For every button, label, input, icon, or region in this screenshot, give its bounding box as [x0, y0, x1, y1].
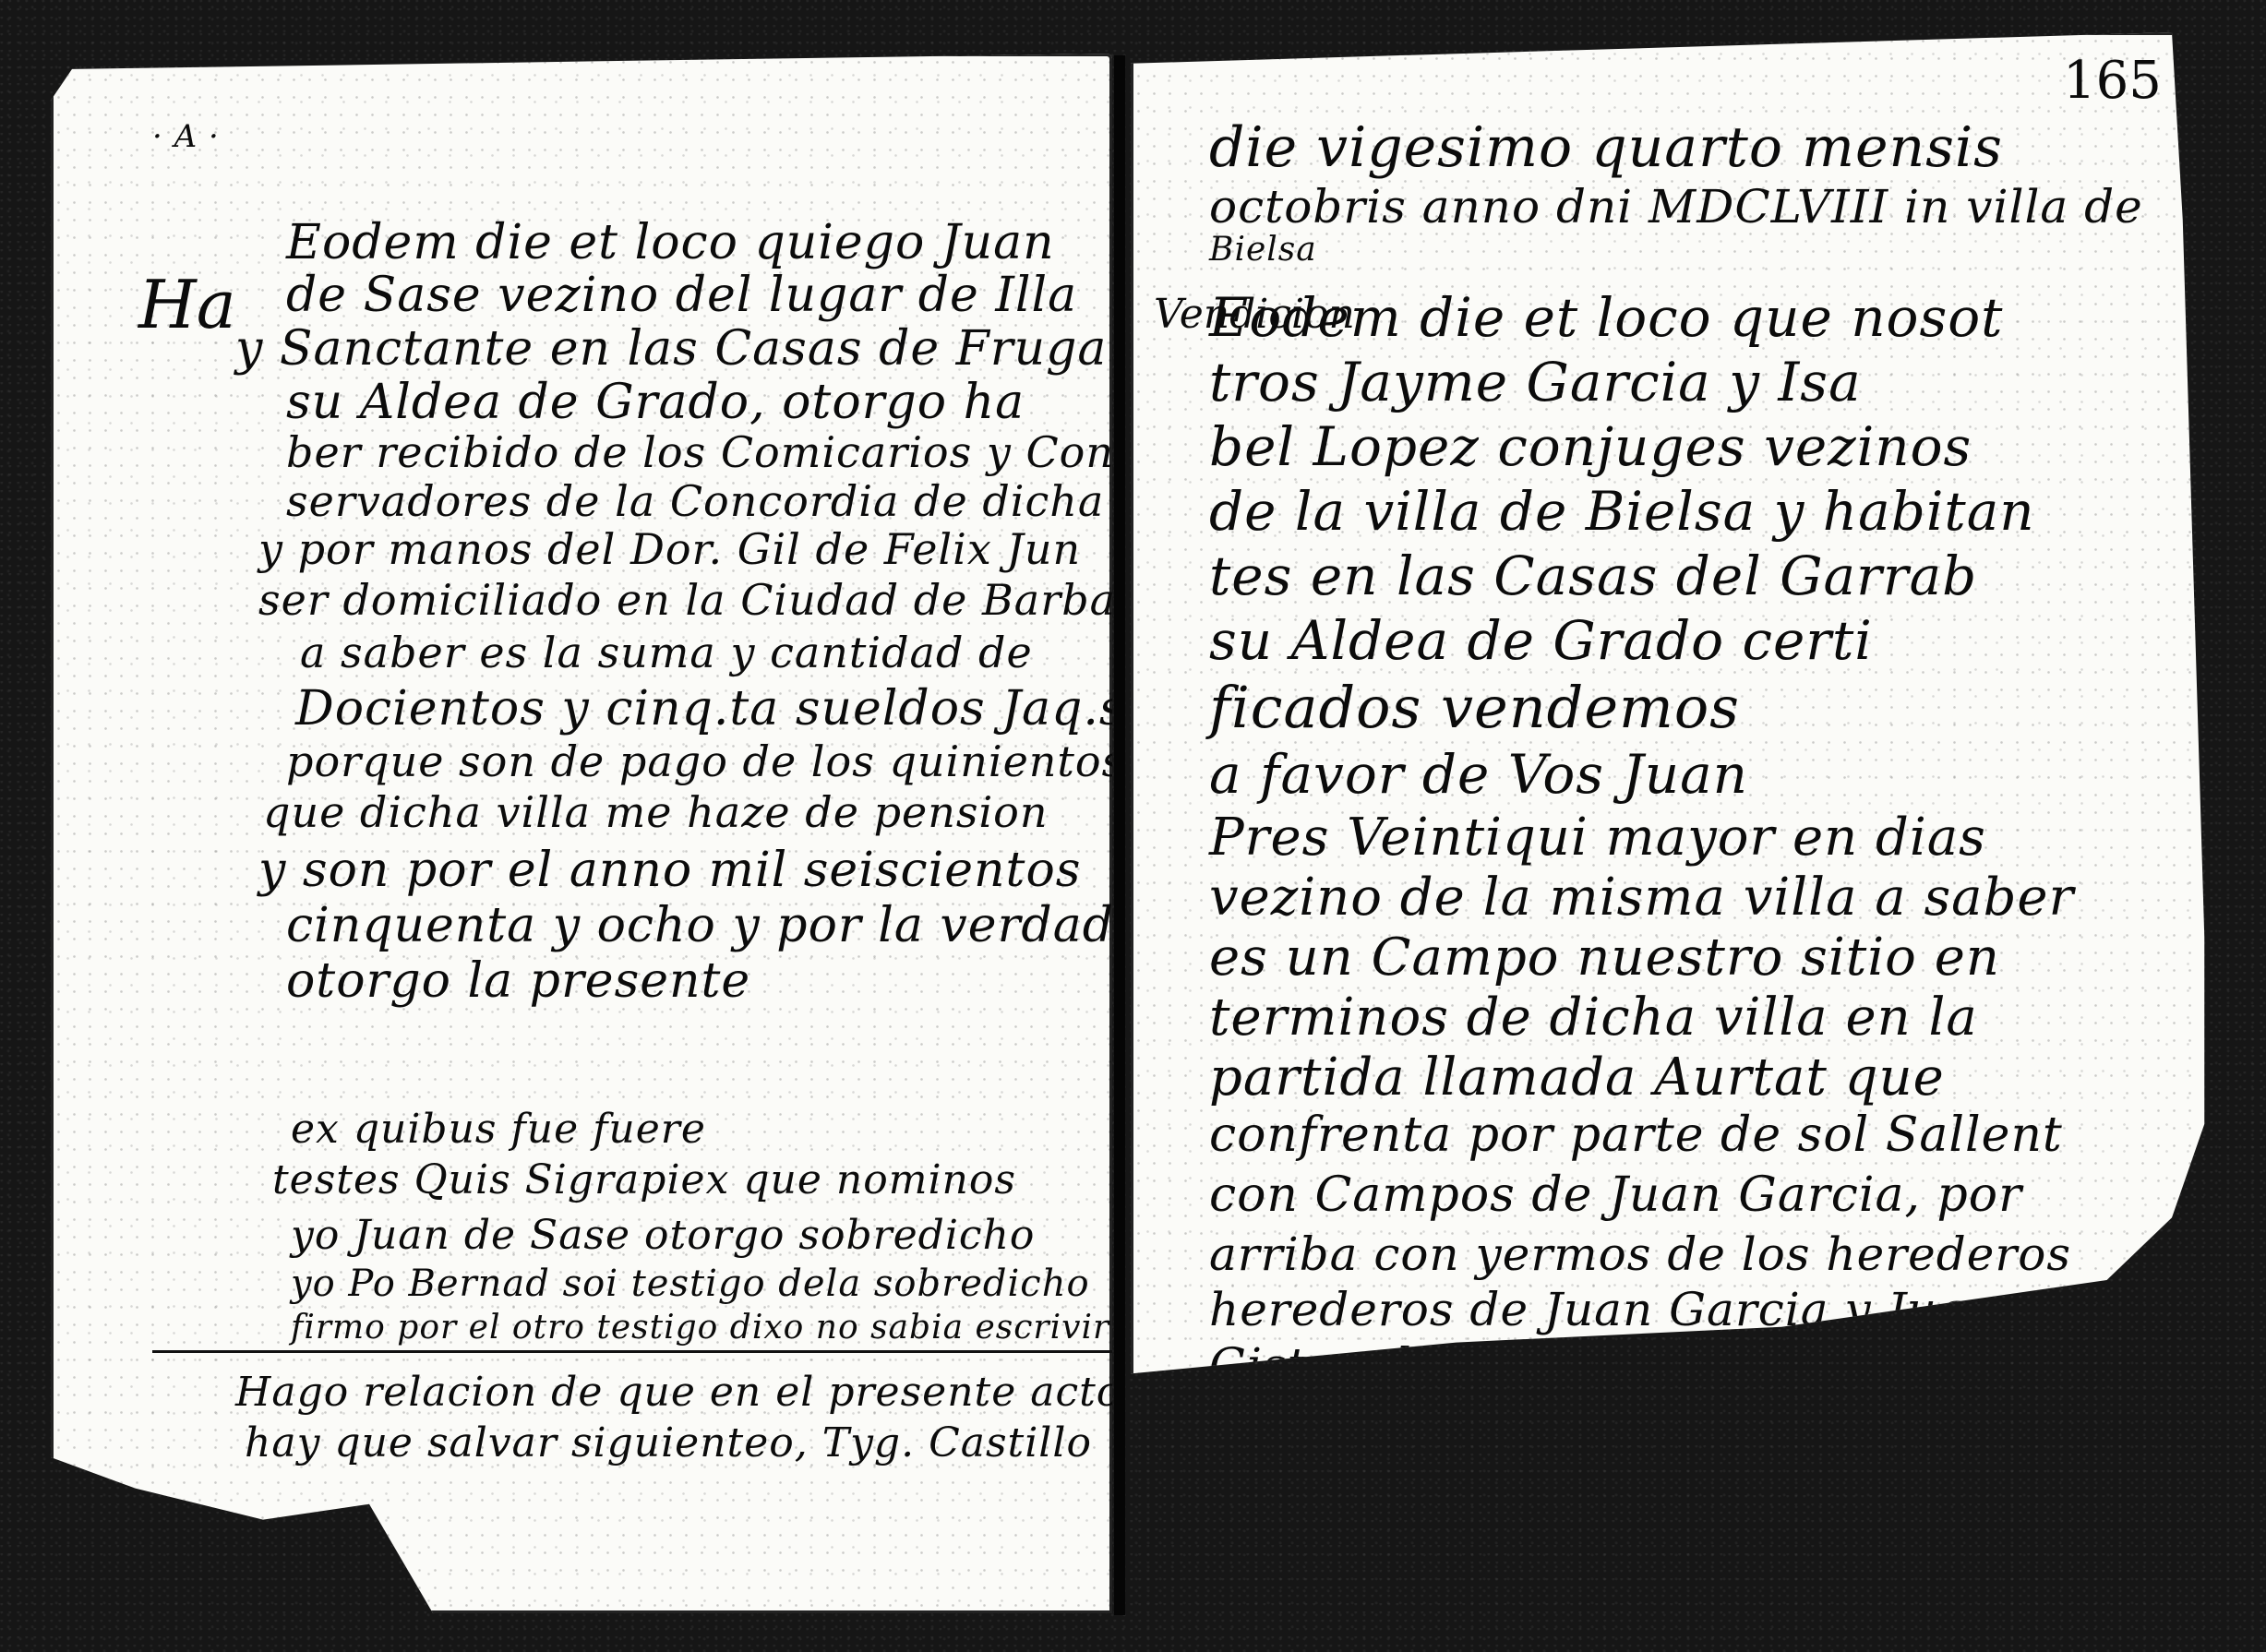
text-line: de Sase vezino del lugar de Illa — [286, 268, 1077, 323]
text-line: cinquenta y ocho y por la verdad — [286, 898, 1114, 953]
text-line: Eodem die et loco que nosot — [1209, 286, 2003, 349]
text-line: y por manos del Dor. Gil de Felix Jun — [258, 524, 1081, 574]
text-line: terminos de dicha villa en la — [1209, 988, 1978, 1047]
text-line: tes en las Casas del Garrab — [1209, 545, 1977, 607]
text-line: y Sanctante en las Casas de Fruga — [235, 321, 1107, 377]
text-line: es un Campo nuestro sitio en — [1209, 928, 2000, 988]
footer-line: Hago relacion de que en el presente acto — [235, 1369, 1121, 1416]
text-line: Docientos y cinq.ta sueldos Jaq.s — [295, 681, 1125, 736]
text-line: ser domiciliado en la Ciudad de Barbastr… — [258, 575, 1205, 625]
text-line: vezino de la misma villa a saber — [1209, 868, 2074, 928]
divider-rule — [152, 1350, 1112, 1353]
witness-line: firmo por el otro testigo dixo no sabia … — [291, 1309, 1109, 1347]
corner-mark: · A · — [152, 118, 220, 155]
text-line: die vigesimo quarto mensis — [1209, 115, 2003, 180]
text-line: y son por el anno mil seiscientos — [258, 843, 1081, 898]
text-line: Pres Veintiqui mayor en dias — [1209, 808, 1986, 868]
text-line: de la villa de Bielsa y habitan — [1209, 480, 2035, 543]
text-line: Bielsa — [1209, 231, 1317, 269]
left-page: Ha · A · Eodem die et loco quiego Juan d… — [51, 54, 1112, 1613]
text-line: ber recibido de los Comicarios y Con — [286, 427, 1114, 477]
witness-line: ex quibus fue fuere — [291, 1106, 706, 1153]
text-line: Eodem die et loco quiego Juan — [286, 215, 1055, 270]
text-line: con Campos de Juan Garcia, por — [1209, 1167, 2022, 1223]
footer-line: hay que salvar siguienteo, Tyg. Castillo — [245, 1419, 1092, 1466]
text-line: partida llamada Aurtat que — [1209, 1047, 1945, 1107]
margin-note-left: Ha — [138, 266, 236, 343]
text-line: a favor de Vos Juan — [1209, 743, 1748, 806]
text-line: otorgo la presente — [286, 953, 750, 1009]
text-line: ficados vendemos — [1209, 674, 1740, 741]
witness-line: yo Juan de Sase otorgo sobredicho — [291, 1212, 1035, 1259]
text-line: confrenta por parte de sol Sallent — [1209, 1107, 2063, 1163]
text-line: porque son de pago de los quinientos — [286, 736, 1124, 786]
witness-line: testes Quis Sigrapiex que nominos — [272, 1156, 1016, 1203]
text-line: arriba con yermos de los herederos — [1209, 1227, 2071, 1281]
text-line: servadores de la Concordia de dicha vill… — [286, 476, 1213, 526]
text-line: que dicha villa me haze de pension — [263, 787, 1049, 837]
text-line: su Aldea de Grado, otorgo ha — [286, 375, 1025, 430]
text-line: su Aldea de Grado certi — [1209, 609, 1873, 672]
text-line: a saber es la suma y cantidad de — [300, 628, 1033, 677]
text-line: bel Lopez conjuges vezinos — [1209, 415, 1972, 478]
text-line: octobris anno dni MDCLVIII in villa de — [1209, 180, 2143, 233]
text-line: tros Jayme Garcia y Isa — [1209, 351, 1862, 413]
folio-number: 165 — [2063, 51, 2162, 111]
witness-line: yo Po Bernad soi testigo dela sobredicho — [291, 1263, 1090, 1305]
book-spine — [1114, 55, 1125, 1615]
